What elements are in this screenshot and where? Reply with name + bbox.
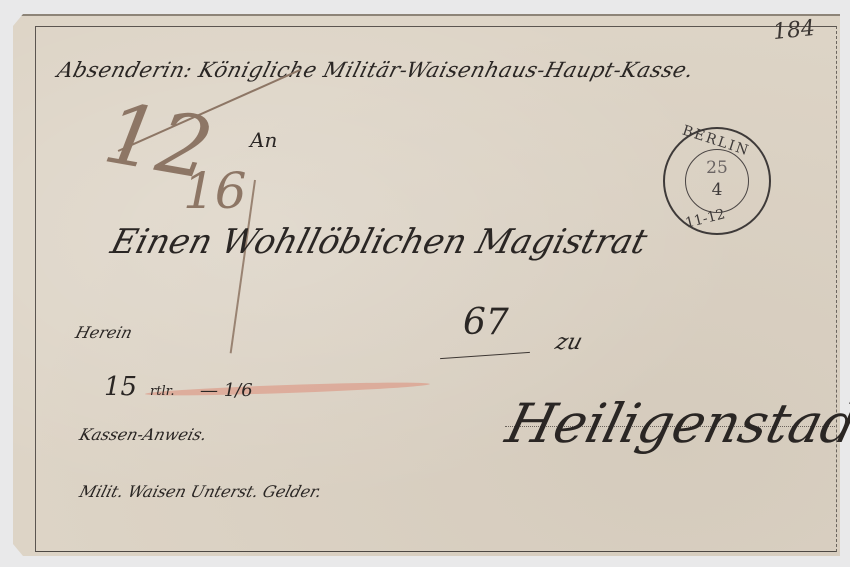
postmark-inner-ring: 25 4	[685, 149, 749, 213]
postmark-day: 25	[686, 158, 748, 178]
content-line-2: Milit. Waisen Unterst. Gelder.	[77, 482, 323, 501]
postmark-time: 11-12	[684, 206, 727, 231]
sender-line: Absenderin: Königliche Militär-Waisenhau…	[55, 58, 697, 82]
postmark-month: 4	[686, 180, 748, 200]
registry-number: 67	[463, 302, 509, 343]
postmark-stamp: BERLIN 25 4 11-12	[663, 127, 771, 235]
reference-number: 184	[772, 16, 816, 45]
amount-tail: — 1/6	[200, 380, 253, 401]
an-label: An	[250, 128, 277, 152]
rate-mark-bottom: 16	[183, 162, 247, 220]
addressee: Einen Wohllöblichen Magistrat	[107, 222, 652, 262]
amount-unit: rtlr.	[150, 384, 175, 399]
herein-label: Herein	[73, 323, 134, 342]
content-line-1: Kassen-Anweis.	[77, 425, 209, 444]
destination-city: Heiligenstadt	[500, 392, 850, 455]
amount: 15	[104, 372, 137, 402]
